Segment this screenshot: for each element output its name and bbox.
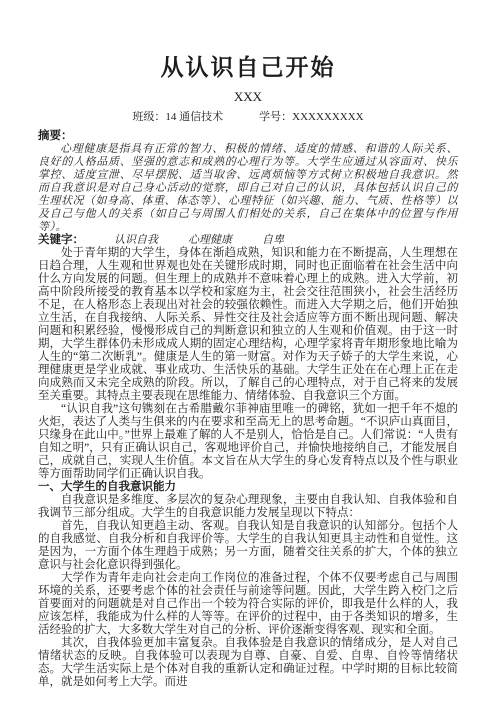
section-1-paragraph: 大学作为青年走向社会走向工作岗位的准备过程，个体不仅要考虑自己与周围环境的关系，…: [38, 572, 458, 637]
document-body: 处于青年期的大学生，身体在渐趋成熟，知识和能力在不断提高，人生理想在日趋合理，人…: [38, 247, 458, 689]
intro-paragraph: 处于青年期的大学生，身体在渐趋成熟，知识和能力在不断提高，人生理想在日趋合理，人…: [38, 247, 458, 403]
intro-paragraph: “认识自我”这句镌刻在古希腊戴尔菲神庙里唯一的碑铭，犹如一把千年不熄的火炬，表达…: [38, 403, 458, 481]
section-1-paragraph: 其次，自我体验更加丰富复杂。自我体验是自我意识的情绪成分，是人对自己情绪状态的反…: [38, 637, 458, 689]
section-1-heading: 一、大学生的自我意识能力: [38, 481, 458, 494]
keywords-label: 关键字：: [38, 234, 84, 247]
keyword-item: 认识自我: [114, 234, 158, 247]
student-id-label: 学号：XXXXXXXXX: [259, 111, 364, 124]
author-name: XXX: [38, 89, 458, 104]
keyword-item: 心理健康: [188, 234, 232, 247]
class-student-line: 班级：14 通信技术 学号：XXXXXXXXX: [38, 111, 458, 124]
keywords-line: 关键字： 认识自我 心理健康 自卑: [38, 234, 458, 247]
class-label: 班级：14 通信技术: [132, 111, 223, 124]
keyword-item: 自卑: [262, 234, 284, 247]
section-1-paragraph: 首先，自我认知更趋主动、客观。自我认知是自我意识的认知部分。包括个人的自我感觉、…: [38, 520, 458, 572]
section-1-paragraph: 自我意识是多维度、多层次的复杂心理现象，主要由自我认知、自我体验和自我调节三部分…: [38, 494, 458, 520]
abstract-text: 心理健康是指具有正常的智力、积极的情绪、适度的情感、和谐的人际关系、良好的人格品…: [38, 143, 458, 234]
abstract-label: 摘要：: [38, 130, 458, 143]
document-page: 从认识自己开始 XXX 班级：14 通信技术 学号：XXXXXXXXX 摘要： …: [0, 0, 496, 702]
document-title: 从认识自己开始: [38, 54, 458, 80]
